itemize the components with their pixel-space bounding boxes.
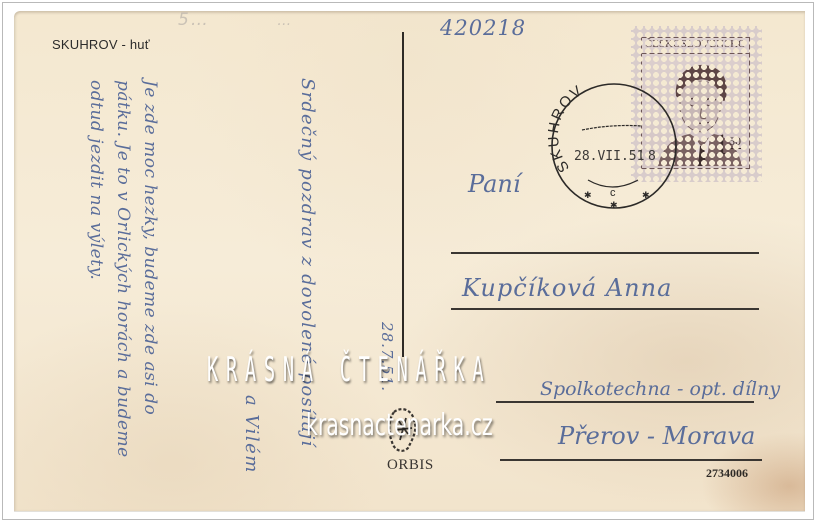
address-salutation: Paní xyxy=(468,170,521,198)
publisher-name: ORBIS xyxy=(387,457,434,474)
svg-text:✱: ✱ xyxy=(584,190,592,200)
address-street: Spolkotechna - opt. dílny xyxy=(540,378,780,400)
svg-text:✱: ✱ xyxy=(610,200,618,210)
message-line-3: odtud jezdit na výlety. xyxy=(86,80,106,280)
pencil-marks: 5… … xyxy=(178,10,292,30)
watermark-title: KRÁSNÁ ČTENÁŘKA xyxy=(207,350,491,390)
postmark-icon: SKUHROV 28.VII.51 8 c ✱ ✱ ✱ xyxy=(548,80,680,212)
serial-number: 2734006 xyxy=(706,466,748,481)
postmark-date: 28.VII.51 xyxy=(574,149,644,164)
greeting-line-1: Srdečný pozdrav z dovolené posílají xyxy=(297,78,318,447)
stamp-value-fraction: 50 xyxy=(729,134,741,149)
address-city: Přerov - Morava xyxy=(558,422,755,450)
postmark-hour: 8 xyxy=(648,149,656,164)
catalog-number: 420218 xyxy=(440,16,526,40)
pencil-mark-2: … xyxy=(277,13,292,29)
address-line-4 xyxy=(500,459,762,461)
stamp-country: ČESKOSLOVENSKO xyxy=(642,39,749,50)
svg-text:✱: ✱ xyxy=(642,190,650,200)
address-line-2 xyxy=(451,308,759,310)
address-name: Kupčíková Anna xyxy=(462,274,672,302)
pencil-mark-1: 5… xyxy=(178,10,210,30)
watermark-url: krasnactenarka.cz xyxy=(306,408,493,443)
greeting-line-2: a Vilém xyxy=(241,395,262,474)
message-line-2: pátku. Je to v Orlických horách a budeme xyxy=(113,80,133,458)
message-line-1: Je zde moc hezky, budeme zde asi do xyxy=(140,80,160,415)
printed-title: SKUHROV - huť xyxy=(52,37,150,52)
stamp-value-main: 1 xyxy=(714,128,729,161)
divider-line xyxy=(402,32,404,357)
postmark-suffix: c xyxy=(610,187,616,199)
stamp-rule xyxy=(642,53,749,54)
stamp-value: 150 xyxy=(714,130,741,160)
address-line-1 xyxy=(451,252,759,254)
address-line-3 xyxy=(496,401,754,403)
